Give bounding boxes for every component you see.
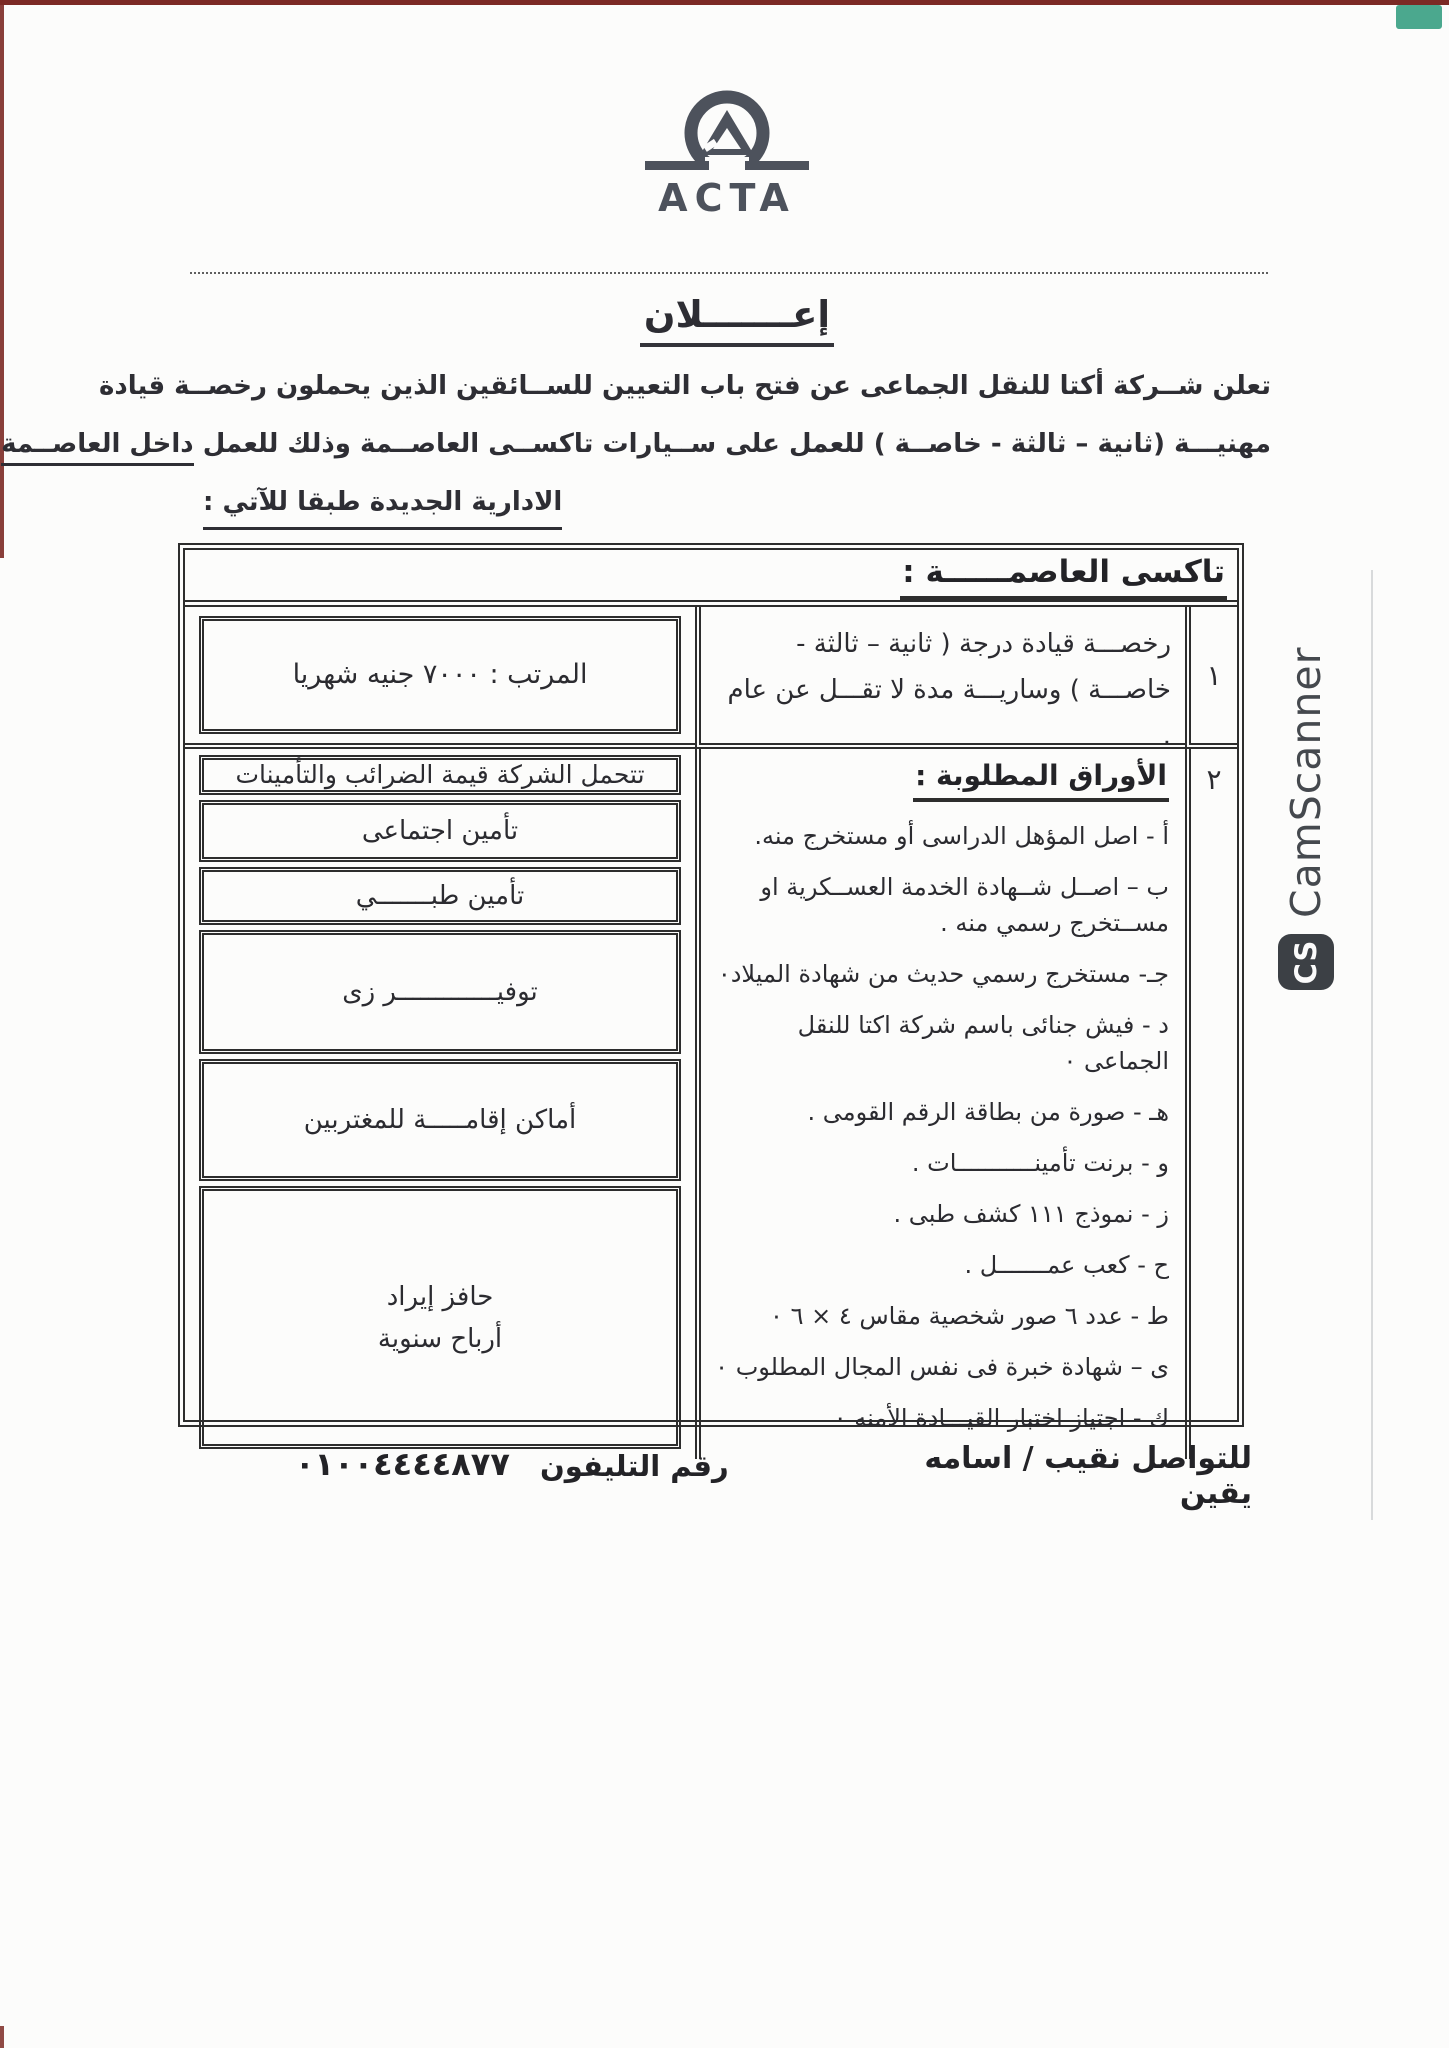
- announcement-title: إعـــــــلان: [562, 293, 912, 347]
- document-item-y: ى – شهادة خبرة فى نفس المجال المطلوب ٠: [711, 1349, 1169, 1385]
- row2-benefits-cell: تتحمل الشركة قيمة الضرائب والتأمينات تأم…: [185, 749, 695, 1459]
- document-item-a: أ - اصل المؤهل الدراسى أو مستخرج منه.: [711, 818, 1169, 854]
- page-edge-shadow-line: [1371, 570, 1373, 1520]
- intro-line-2-text: مهنيـــة (ثانية – ثالثة - خاصــة ) للعمل…: [194, 429, 1271, 459]
- camscanner-watermark-rotated: CS CamScanner: [1270, 606, 1342, 990]
- benefit-box-taxes: تتحمل الشركة قيمة الضرائب والتأمينات: [199, 755, 681, 795]
- announcement-title-text: إعـــــــلان: [640, 293, 834, 347]
- row1-number-cell: ١: [1185, 607, 1237, 749]
- camscanner-cs-badge-icon: CS: [1278, 934, 1334, 990]
- scan-edge-top: [0, 0, 1449, 5]
- camscanner-label: CamScanner: [1282, 647, 1330, 918]
- benefit-box-uniform: توفيـــــــــــــر زى: [199, 930, 681, 1054]
- intro-line-1: تعلن شــركة أكتا للنقل الجماعى عن فتح با…: [203, 366, 1271, 406]
- document-item-t: ط - عدد ٦ صور شخصية مقاس ٤ × ٦ ٠: [711, 1298, 1169, 1334]
- scan-edge-bottom-left: [0, 2026, 4, 2048]
- required-documents-cell: الأوراق المطلوبة : أ - اصل المؤهل الدراس…: [695, 749, 1185, 1459]
- scan-edge-left: [0, 0, 4, 558]
- document-item-hh: ح - كعب عمـــــــل .: [711, 1247, 1169, 1283]
- phone-number: ٠١٠٠٤٤٤٤٨٧٧: [295, 1445, 525, 1483]
- acta-logo-text: ACTA: [658, 176, 796, 217]
- salary-benefit-box: المرتب : ٧٠٠٠ جنيه شهريا: [199, 616, 681, 734]
- document-item-w: و - برنت تأمينـــــــــــات .: [711, 1145, 1169, 1181]
- benefit-box-social-insurance: تأمين اجتماعى: [199, 800, 681, 862]
- scanned-document-page: ACTA إعـــــــلان تعلن شــركة أكتا للنقل…: [0, 0, 1449, 2048]
- table-title-row: تاكسى العاصمــــــة :: [185, 550, 1237, 607]
- document-item-h: هـ - صورة من بطاقة الرقم القومى .: [711, 1094, 1169, 1130]
- row2-number-cell: ٢: [1185, 749, 1237, 1459]
- phone-label: رقم التليفون: [540, 1449, 729, 1483]
- acta-logo: ACTA: [617, 85, 837, 217]
- benefit-box-housing: أماكن إقامـــــة للمغتربين: [199, 1059, 681, 1181]
- benefit-box-medical-insurance: تأمين طبـــــــي: [199, 867, 681, 925]
- acta-omega-icon: ACTA: [617, 85, 837, 217]
- row1-benefit-cell: المرتب : ٧٠٠٠ جنيه شهريا: [185, 607, 695, 749]
- intro-paragraph: تعلن شــركة أكتا للنقل الجماعى عن فتح با…: [203, 366, 1271, 548]
- document-item-k: ك - اجتياز اختبار القيـــادة الأمنه ٠: [711, 1400, 1169, 1436]
- table-body: ١ رخصـــة قيادة درجة ( ثانية – ثالثة - خ…: [185, 607, 1237, 1459]
- capital-taxi-table: تاكسى العاصمــــــة : ١ رخصـــة قيادة در…: [178, 543, 1244, 1427]
- contact-person: للتواصل نقيب / اسامه يقين: [900, 1441, 1252, 1511]
- document-item-z: ز - نموذج ١١١ كشف طبى .: [711, 1196, 1169, 1232]
- benefit-box-revenue-bonus: حافز إيراد أرباح سنوية: [199, 1186, 681, 1449]
- required-documents-heading: الأوراق المطلوبة :: [913, 759, 1169, 802]
- camscanner-watermark: CS CamScanner: [1270, 606, 1342, 990]
- green-corner-badge: [1396, 5, 1442, 29]
- intro-line-3: الادارية الجديدة طبقا للآتي :: [203, 482, 1271, 530]
- table-title: تاكسى العاصمــــــة :: [900, 554, 1227, 600]
- intro-line-3-text: الادارية الجديدة طبقا للآتي :: [203, 482, 562, 530]
- dotted-divider-line: [190, 272, 1268, 274]
- document-item-b: ب – اصــل شــهادة الخدمة العســكرية او م…: [711, 869, 1169, 941]
- row1-license-requirement: رخصـــة قيادة درجة ( ثانية – ثالثة - خاص…: [695, 607, 1185, 749]
- document-item-g: جـ- مستخرج رسمي حديث من شهادة الميلاد٠: [711, 956, 1169, 992]
- intro-line-2: مهنيـــة (ثانية – ثالثة - خاصــة ) للعمل…: [203, 424, 1271, 464]
- document-item-d: د - فيش جنائى باسم شركة اكتا للنقل الجما…: [711, 1007, 1169, 1079]
- intro-line-2-underlined: داخل العاصــمة: [1, 429, 193, 466]
